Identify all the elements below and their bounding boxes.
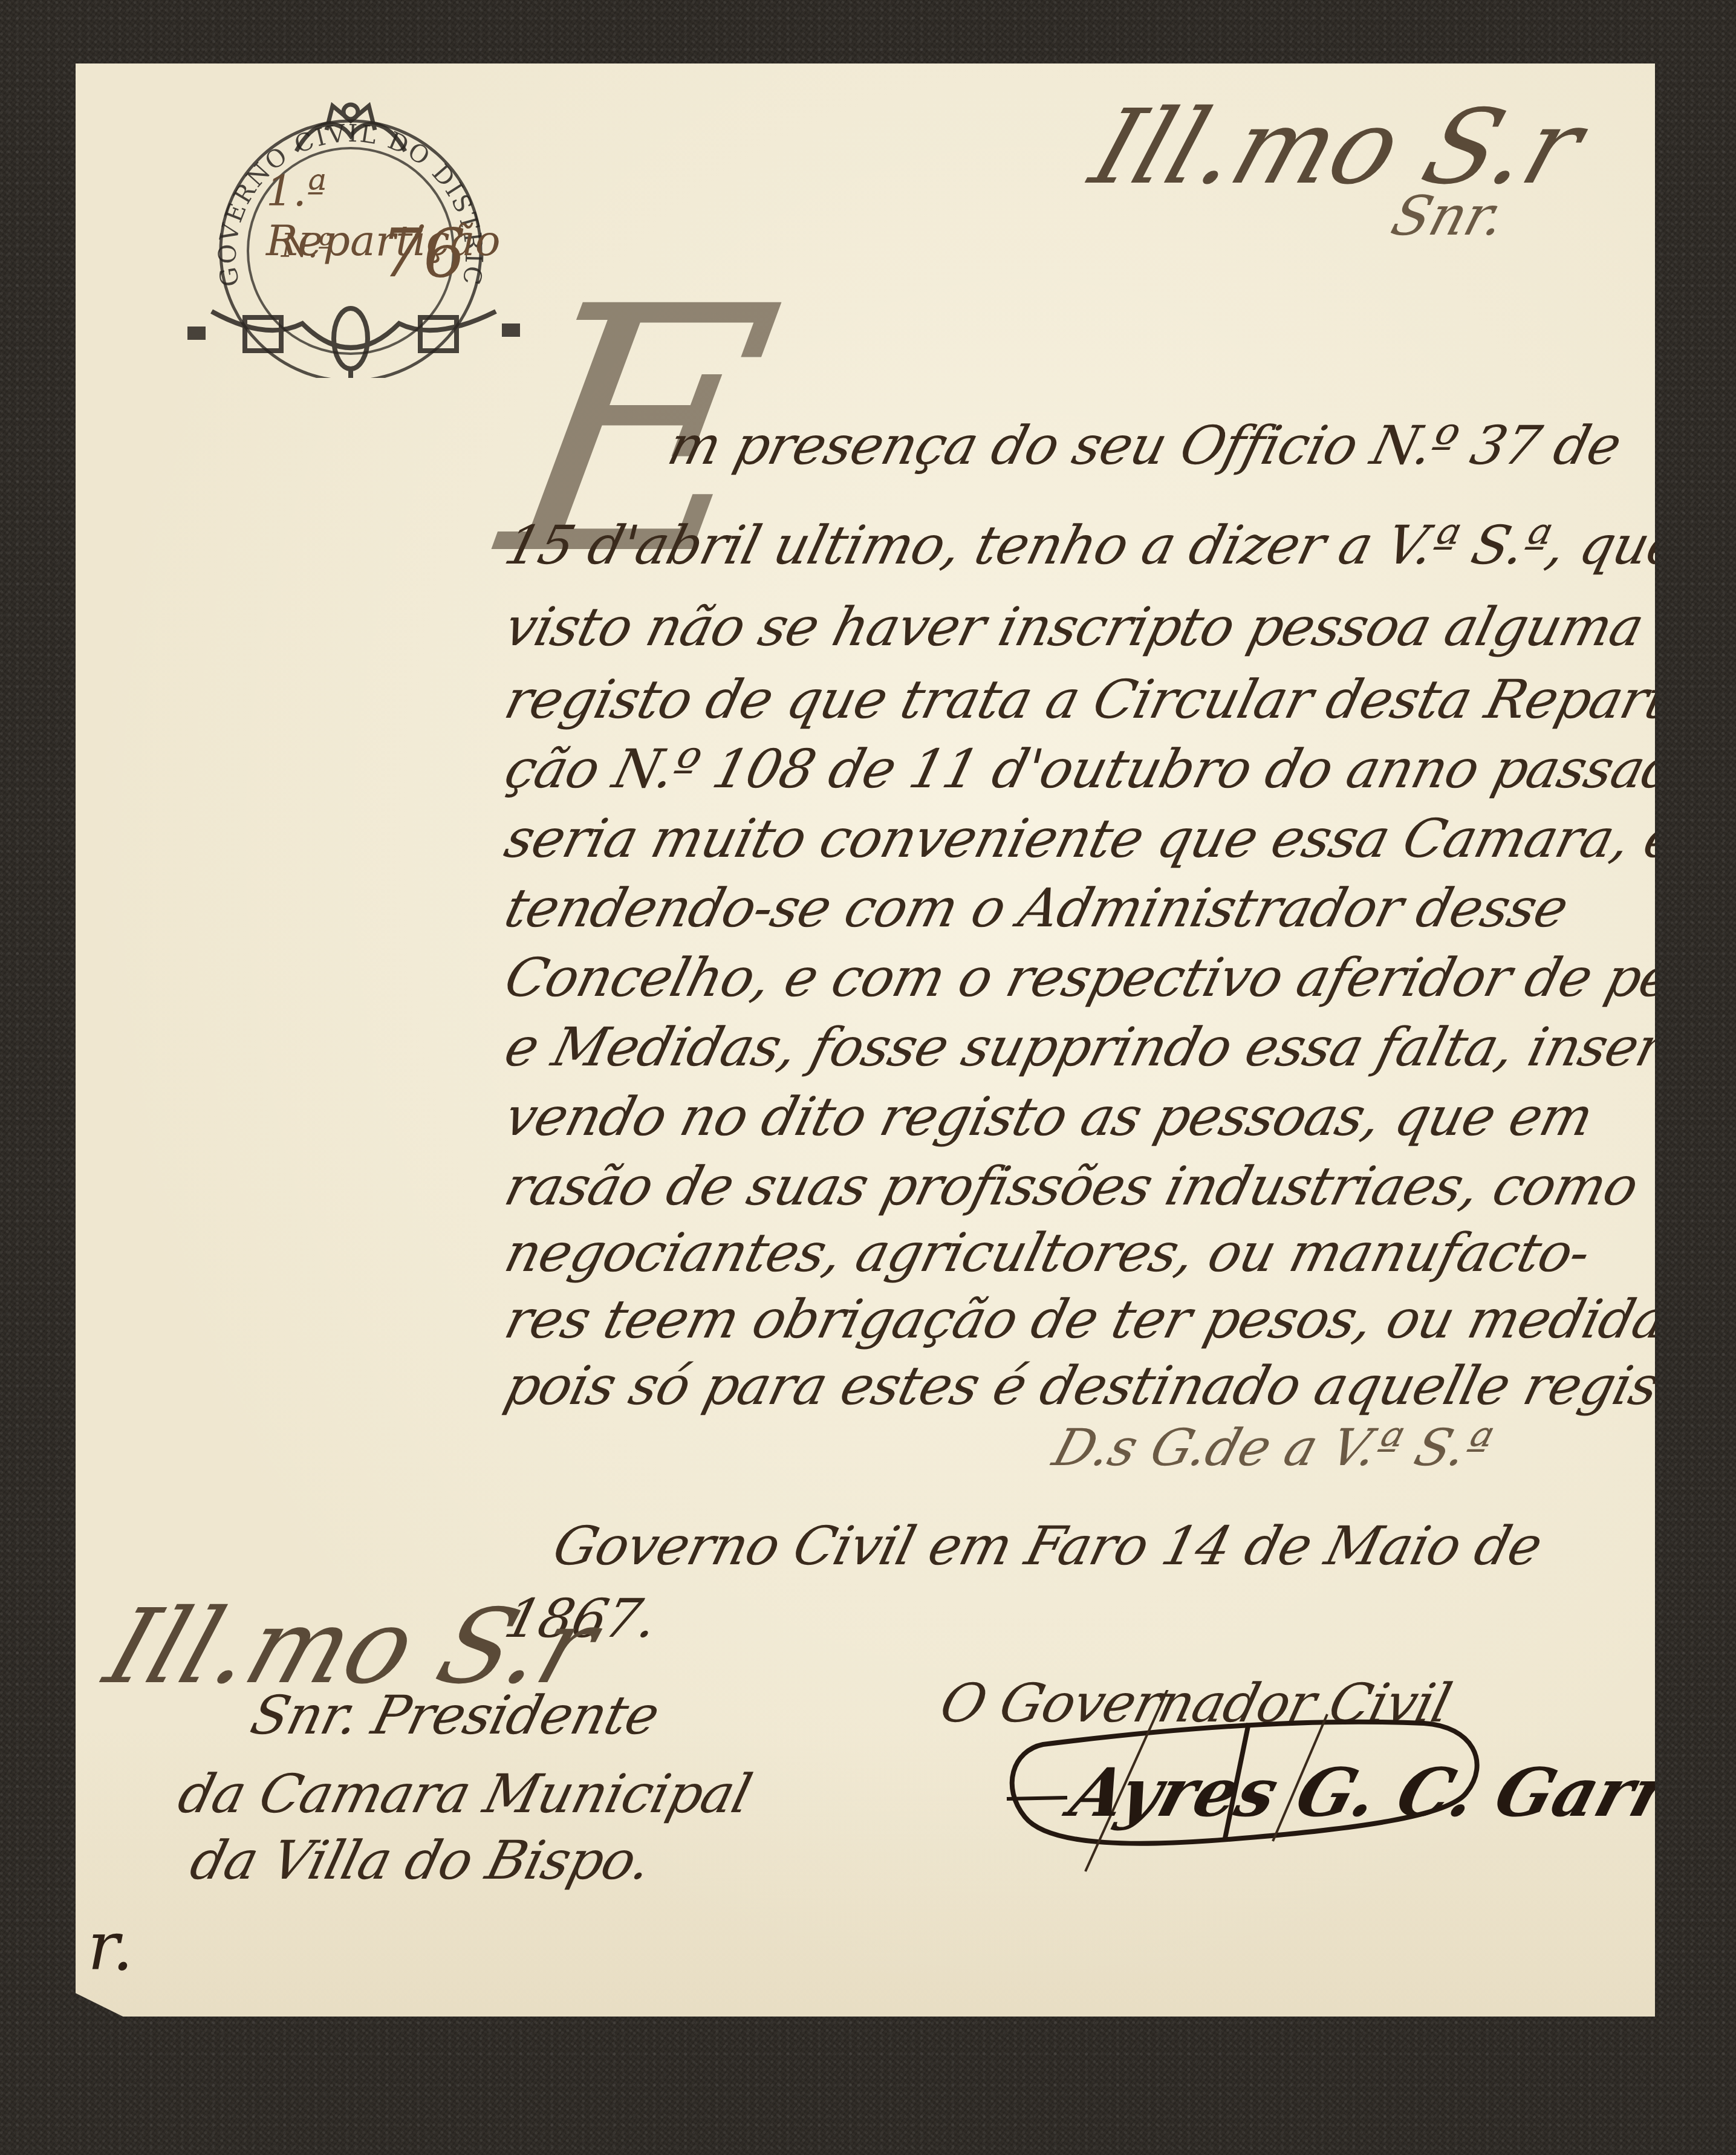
closing-formula: D.s G.de a V.ª S.ª [1047,1418,1498,1477]
addressee-line-3: da Camara Municipal [172,1763,758,1825]
marginal-note: r. [88,1908,133,1985]
stamp-number-label: N.º [281,227,333,265]
stamp-number: 76 [381,215,466,292]
body-line-10: vendo no dito registo as pessoas, que em [499,1085,1599,1148]
addressee-line-4: da Villa do Bispo. [184,1829,657,1891]
signature: Ayres G. C. Garrido [989,1690,1533,1884]
official-stamp: GOVERNO CIVIL DO DISTRICTO DE FARO 1.ª R… [175,94,538,378]
salutation-top-line2: Snr. [1385,184,1512,248]
addressee-line-2: Snr. Presidente [245,1684,665,1746]
salutation-top-line1: Ill.mo S.r [1078,88,1597,207]
body-line-2: 15 d'abril ultimo, tenho a dizer a V.ª S… [499,514,1686,576]
document-sheet: GOVERNO CIVIL DO DISTRICTO DE FARO 1.ª R… [76,63,1655,2017]
body-line-9: e Medidas, fosse supprindo essa falta, i… [499,1016,1718,1078]
body-line-12: negociantes, agricultores, ou manufacto- [499,1221,1596,1284]
body-line-4: registo de que trata a Circular desta Re… [499,668,1709,730]
body-line-6: seria muito conveniente que essa Camara,… [499,807,1735,869]
body-line-1: m presença do seu Officio N.º 37 de [662,414,1627,476]
signature-name: Ayres G. C. Garrido [1062,1754,1736,1832]
body-line-13: res teem obrigação de ter pesos, ou medi… [499,1288,1715,1350]
body-line-14: pois só para estes é destinado aquelle r… [499,1354,1732,1417]
place-date-line-1: Governo Civil em Faro 14 de Maio de [547,1515,1548,1577]
body-line-5: ção N.º 108 de 11 d'outubro do anno pass… [499,738,1732,800]
body-line-3: visto não se haver inscripto pessoa algu… [499,596,1731,658]
body-line-8: Concelho, e com o respectivo aferidor de… [499,946,1736,1009]
body-line-11: rasão de suas profissões industriaes, co… [499,1155,1644,1217]
body-line-7: tendendo-se com o Administrador desse [499,877,1574,939]
